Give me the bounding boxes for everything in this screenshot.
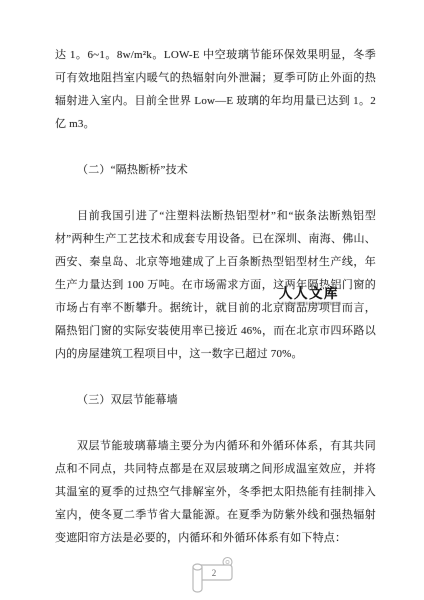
- watermark-subtext-line: [282, 302, 342, 305]
- heading-section-3-curtain-wall: （三）双层节能幕墙: [55, 389, 376, 412]
- watermark-text: 人人文库: [279, 286, 339, 301]
- page-number-scroll: 2: [186, 553, 242, 597]
- scroll-banner-icon: 2: [186, 553, 242, 597]
- watermark: 人人文库: [279, 287, 342, 305]
- document-content: 达 1。6~1。8w/m²k。LOW-E 中空玻璃节能环保效果明显，冬季可有效地…: [55, 44, 376, 573]
- paragraph-lowe-glass-continuation: 达 1。6~1。8w/m²k。LOW-E 中空玻璃节能环保效果明显，冬季可有效地…: [55, 44, 376, 136]
- paragraph-double-layer-curtain-wall: 双层节能玻璃幕墙主要分为内循环和外循环体系，有其共同点和不同点，共同特点都是在双…: [55, 435, 376, 550]
- document-page: 达 1。6~1。8w/m²k。LOW-E 中空玻璃节能环保效果明显，冬季可有效地…: [0, 0, 424, 600]
- heading-section-2-thermal-break: （二）“隔热断桥”技术: [55, 159, 376, 182]
- page-number: 2: [212, 568, 217, 578]
